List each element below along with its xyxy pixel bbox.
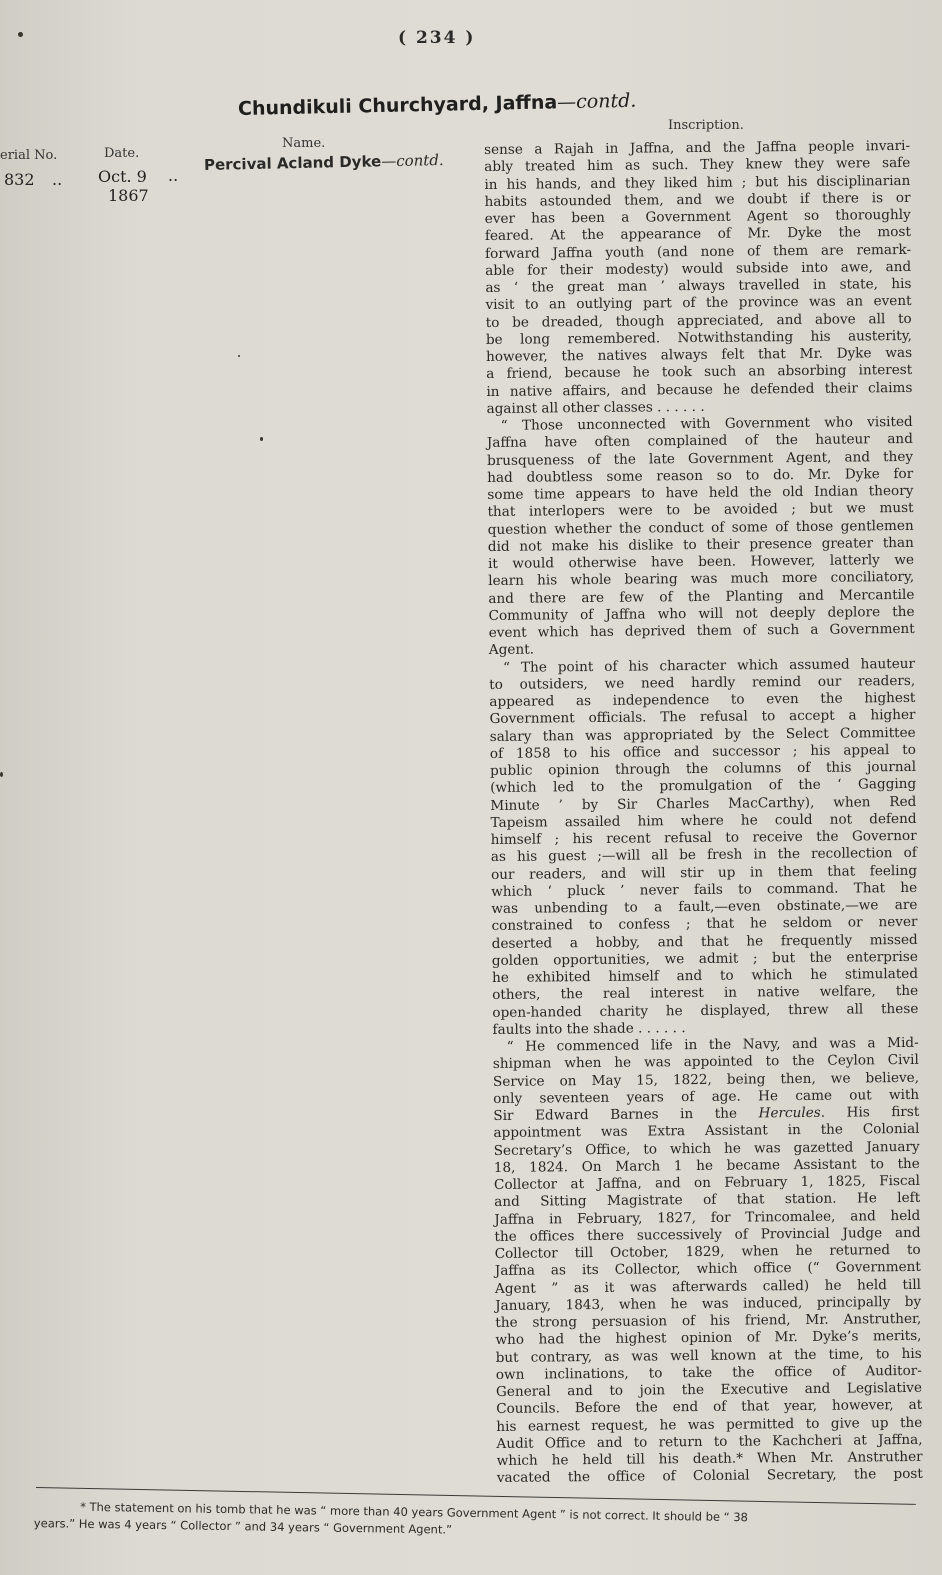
date-day: Oct. 9 xyxy=(98,167,147,186)
heading-title: Chundikuli Churchyard, Jaffna xyxy=(238,91,558,120)
inscription-line: vacated the office of Colonial Secretary… xyxy=(497,1466,923,1487)
paper-speck xyxy=(260,437,263,441)
serial-leader: .. xyxy=(52,170,62,189)
footnote: * The statement on his tomb that he was … xyxy=(34,1498,924,1546)
paper-speck xyxy=(238,355,240,357)
paper-speck xyxy=(0,772,3,777)
heading-contd: —contd. xyxy=(557,90,637,114)
column-header-inscription: Inscription. xyxy=(668,118,744,133)
serial-number: 832 xyxy=(4,170,35,189)
inscription-text: sense a Rajah in Jaffna, and the Jaffna … xyxy=(484,138,923,1488)
page-heading: Chundikuli Churchyard, Jaffna—contd. xyxy=(238,90,637,120)
person-name: Percival Acland Dyke xyxy=(204,152,382,174)
paper-speck xyxy=(18,32,23,37)
column-header-name: Name. xyxy=(282,136,325,151)
date-year: 1867 xyxy=(108,186,149,205)
date-leader: .. xyxy=(168,166,178,185)
ship-name: Hercules xyxy=(758,1105,820,1122)
name-contd: —contd. xyxy=(381,151,444,170)
page-number: ( 234 ) xyxy=(398,28,475,48)
name-cell: Percival Acland Dyke—contd. xyxy=(204,151,444,174)
column-header-serial: erial No. xyxy=(0,148,57,163)
column-header-date: Date. xyxy=(104,146,139,161)
